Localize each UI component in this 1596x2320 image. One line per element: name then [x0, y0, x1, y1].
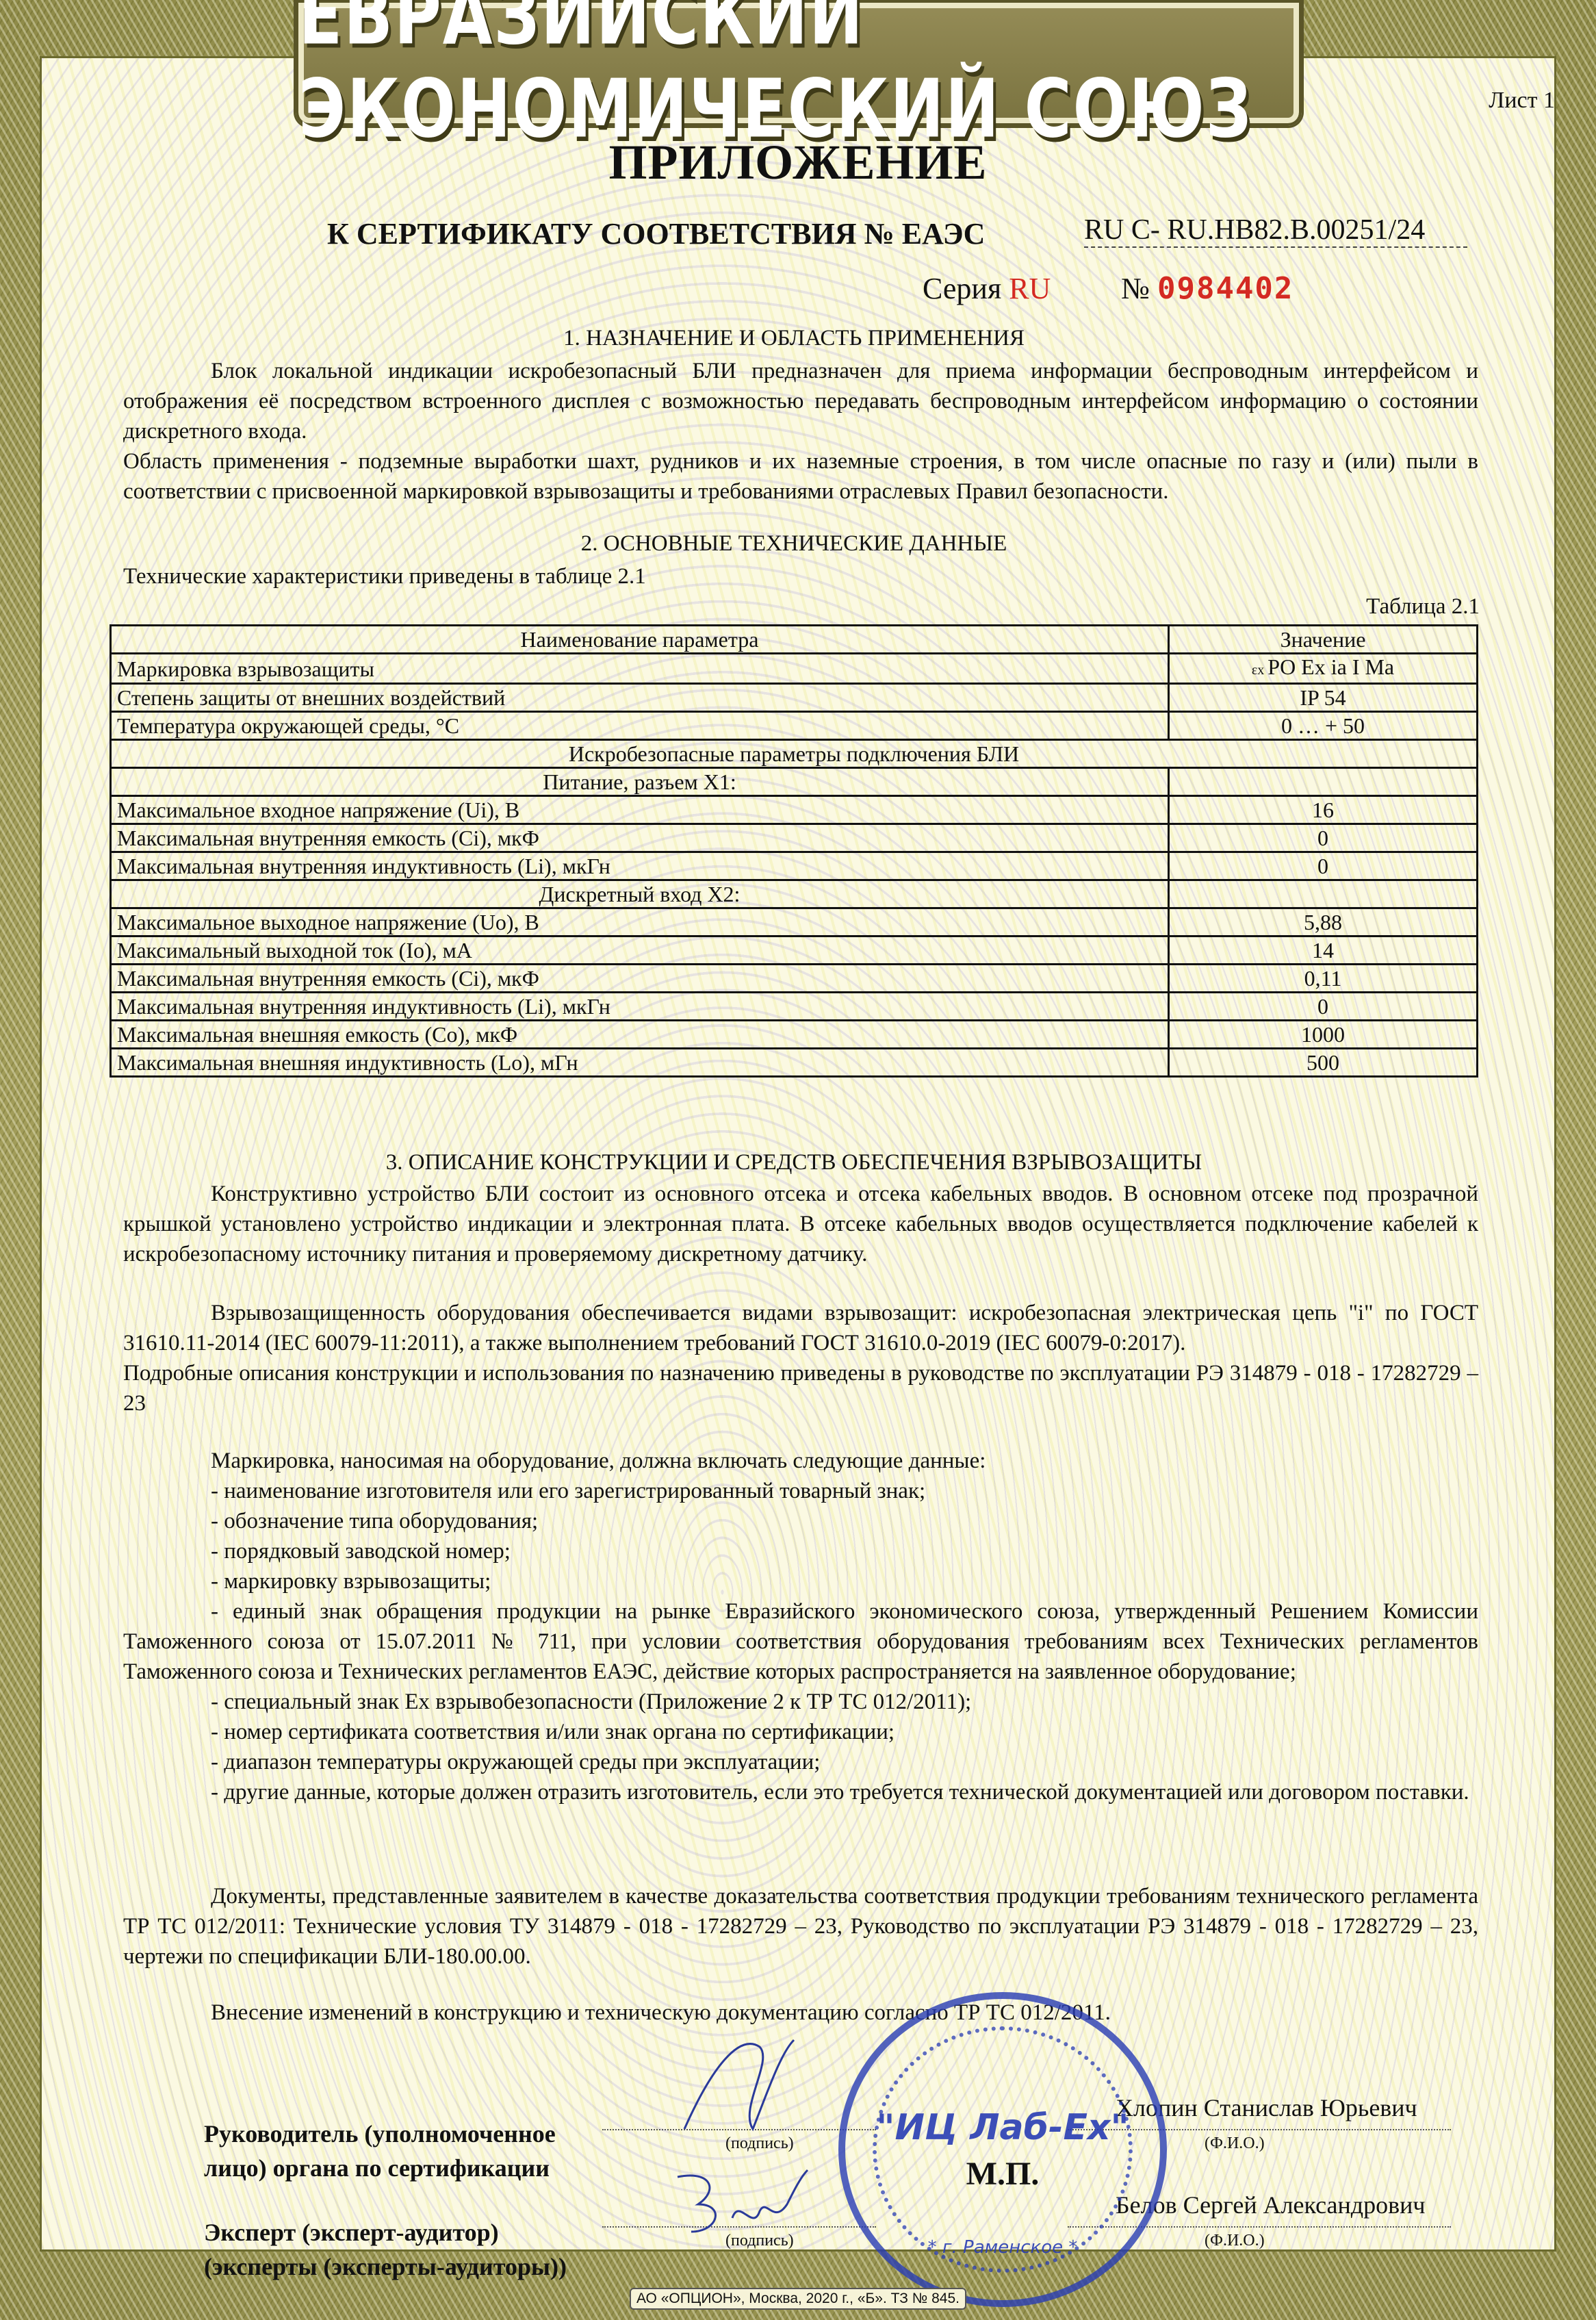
table-row: Максимальная внутренняя индуктивность (L… — [111, 852, 1478, 880]
header-value: Значение — [1169, 626, 1478, 654]
marking-item: - маркировку взрывозащиты; — [123, 1566, 1478, 1596]
table-row: Максимальный выходной ток (Io), мА14 — [111, 936, 1478, 965]
parameter-value — [1169, 880, 1478, 908]
section3-paragraph1: Конструктивно устройство БЛИ состоит из … — [123, 1179, 1478, 1269]
table-row: Дискретный вход X2: — [111, 880, 1478, 908]
parameter-value — [1169, 768, 1478, 796]
sheet-number: Лист 1 — [1489, 88, 1555, 114]
parameter-name: Максимальный выходной ток (Io), мА — [111, 936, 1169, 965]
marking-intro: Маркировка, наносимая на оборудование, д… — [123, 1446, 1478, 1476]
parameter-value: 1000 — [1169, 1021, 1478, 1049]
ex-mark-icon: εx — [1252, 663, 1267, 678]
head-signature-icon — [657, 2026, 821, 2136]
header-parameter: Наименование параметра — [111, 626, 1169, 654]
table-row: Питание, разъем X1: — [111, 768, 1478, 796]
parameter-value: 500 — [1169, 1049, 1478, 1077]
table-row: Максимальная внешняя индуктивность (Lo),… — [111, 1049, 1478, 1077]
parameter-name: Максимальная внутренняя емкость (Ci), мк… — [111, 824, 1169, 852]
group-label: Питание, разъем X1: — [111, 768, 1169, 796]
certificate-number: RU C- RU.НВ82.В.00251/24 — [1084, 214, 1467, 248]
parameter-name: Максимальная внутренняя емкость (Ci), мк… — [111, 965, 1169, 993]
section2-heading: 2. ОСНОВНЫЕ ТЕХНИЧЕСКИЕ ДАННЫЕ — [110, 531, 1478, 557]
marking-item: - диапазон температуры окружающей среды … — [123, 1747, 1478, 1777]
head-label: Руководитель (уполномоченное лицо) орган… — [204, 2117, 615, 2185]
table-row: Температура окружающей среды, °С0 … + 50 — [111, 712, 1478, 740]
table-row: Степень защиты от внешних воздействийIP … — [111, 684, 1478, 712]
organization-stamp: "ИЦ Лаб-Ex" М.П. * г. Раменское * — [838, 1992, 1167, 2307]
series-value: RU — [1009, 272, 1051, 305]
spec-table: Наименование параметраЗначениеМаркировка… — [110, 624, 1478, 1078]
section3-paragraph3: Подробные описания конструкции и использ… — [123, 1358, 1478, 1418]
parameter-value: 0 — [1169, 993, 1478, 1021]
series: Серия RU — [923, 271, 1051, 306]
parameter-name: Маркировка взрывозащиты — [111, 654, 1169, 684]
marking-item: - другие данные, которые должен отразить… — [123, 1777, 1478, 1807]
marking-item: - единый знак обращения продукции на рын… — [123, 1596, 1478, 1687]
printer-imprint: АО «ОПЦИОН», Москва, 2020 г., «Б». ТЗ № … — [630, 2288, 966, 2310]
marking-item: - наименование изготовителя или его заре… — [123, 1476, 1478, 1506]
changes-paragraph: Внесение изменений в конструкцию и техни… — [123, 1998, 1478, 2028]
parameter-name: Степень защиты от внешних воздействий — [111, 684, 1169, 712]
section1-heading: 1. НАЗНАЧЕНИЕ И ОБЛАСТЬ ПРИМЕНЕНИЯ — [110, 326, 1478, 351]
parameter-value: 16 — [1169, 796, 1478, 824]
parameter-value: 0 — [1169, 852, 1478, 880]
table-row: Маркировка взрывозащитыεx PO Ex ia I Ma — [111, 654, 1478, 684]
table-caption: Таблица 2.1 — [1366, 591, 1480, 622]
head-fio-caption: (Ф.И.О.) — [1205, 2134, 1265, 2153]
parameter-value: 5,88 — [1169, 908, 1478, 936]
parameter-name: Температура окружающей среды, °С — [111, 712, 1169, 740]
stamp-city: * г. Раменское * — [928, 2237, 1078, 2258]
expert-label: Эксперт (эксперт-аудитор) (эксперты (экс… — [204, 2215, 615, 2284]
marking-item: - специальный знак Ex взрывобезопасности… — [123, 1687, 1478, 1717]
section1-paragraph1: Блок локальной индикации искробезопасный… — [123, 356, 1478, 446]
certificate-label: К СЕРТИФИКАТУ СООТВЕТСТВИЯ № ЕАЭС — [327, 216, 985, 251]
parameter-value-text: PO Ex ia I Ma — [1267, 654, 1394, 679]
parameter-name: Максимальное входное напряжение (Ui), В — [111, 796, 1169, 824]
form-number-label: № — [1121, 272, 1150, 305]
form-number-value: 0984402 — [1157, 271, 1293, 306]
parameter-name: Максимальная внешняя индуктивность (Lo),… — [111, 1049, 1169, 1077]
table-row: Максимальная внутренняя индуктивность (L… — [111, 993, 1478, 1021]
banner-title: ЕВРАЗИЙСКИЙ ЭКОНОМИЧЕСКИЙ СОЮЗ — [298, 0, 1299, 156]
group-label: Дискретный вход X2: — [111, 880, 1169, 908]
table-row: Искробезопасные параметры подключения БЛ… — [111, 740, 1478, 768]
section-row: Искробезопасные параметры подключения БЛ… — [111, 740, 1478, 768]
parameter-value: IP 54 — [1169, 684, 1478, 712]
table-row: Максимальная внутренняя емкость (Ci), мк… — [111, 824, 1478, 852]
section3-paragraph2: Взрывозащищенность оборудования обеспечи… — [123, 1298, 1478, 1358]
series-label: Серия — [923, 272, 1001, 305]
parameter-value: εx PO Ex ia I Ma — [1169, 654, 1478, 684]
parameter-value: 14 — [1169, 936, 1478, 965]
head-signature-caption: (подпись) — [725, 2134, 794, 2153]
parameter-value: 0 — [1169, 824, 1478, 852]
stamp-name: "ИЦ Лаб-Ex" — [876, 2107, 1129, 2148]
section3-heading: 3. ОПИСАНИЕ КОНСТРУКЦИИ И СРЕДСТВ ОБЕСПЕ… — [110, 1150, 1478, 1175]
stamp-mp: М.П. — [966, 2155, 1040, 2193]
expert-name: Белов Сергей Александрович — [1116, 2191, 1425, 2219]
documents-paragraph: Документы, представленные заявителем в к… — [123, 1881, 1478, 1972]
expert-signature-icon — [657, 2163, 835, 2245]
marking-item: - номер сертификата соответствия и/или з… — [123, 1717, 1478, 1747]
marking-item: - порядковый заводской номер; — [123, 1536, 1478, 1566]
parameter-name: Максимальная внешняя емкость (Co), мкФ — [111, 1021, 1169, 1049]
expert-fio-caption: (Ф.И.О.) — [1205, 2232, 1265, 2250]
parameter-value: 0,11 — [1169, 965, 1478, 993]
marking-item: - обозначение типа оборудования; — [123, 1506, 1478, 1536]
parameter-value: 0 … + 50 — [1169, 712, 1478, 740]
table-row: Максимальная внутренняя емкость (Ci), мк… — [111, 965, 1478, 993]
table-header-row: Наименование параметраЗначение — [111, 626, 1478, 654]
parameter-name: Максимальное выходное напряжение (Uo), В — [111, 908, 1169, 936]
table-intro: Технические характеристики приведены в т… — [123, 561, 646, 591]
parameter-name: Максимальная внутренняя индуктивность (L… — [111, 993, 1169, 1021]
page-title: ПРИЛОЖЕНИЕ — [0, 134, 1596, 191]
table-row: Максимальная внешняя емкость (Co), мкФ10… — [111, 1021, 1478, 1049]
marking-list: - наименование изготовителя или его заре… — [123, 1476, 1478, 1807]
parameter-name: Максимальная внутренняя индуктивность (L… — [111, 852, 1169, 880]
table-row: Максимальное выходное напряжение (Uo), В… — [111, 908, 1478, 936]
table-row: Максимальное входное напряжение (Ui), В1… — [111, 796, 1478, 824]
section1-paragraph2: Область применения - подземные выработки… — [123, 446, 1478, 507]
eaeu-banner: ЕВРАЗИЙСКИЙ ЭКОНОМИЧЕСКИЙ СОЮЗ — [296, 0, 1302, 126]
form-number: № 0984402 — [1121, 271, 1293, 306]
